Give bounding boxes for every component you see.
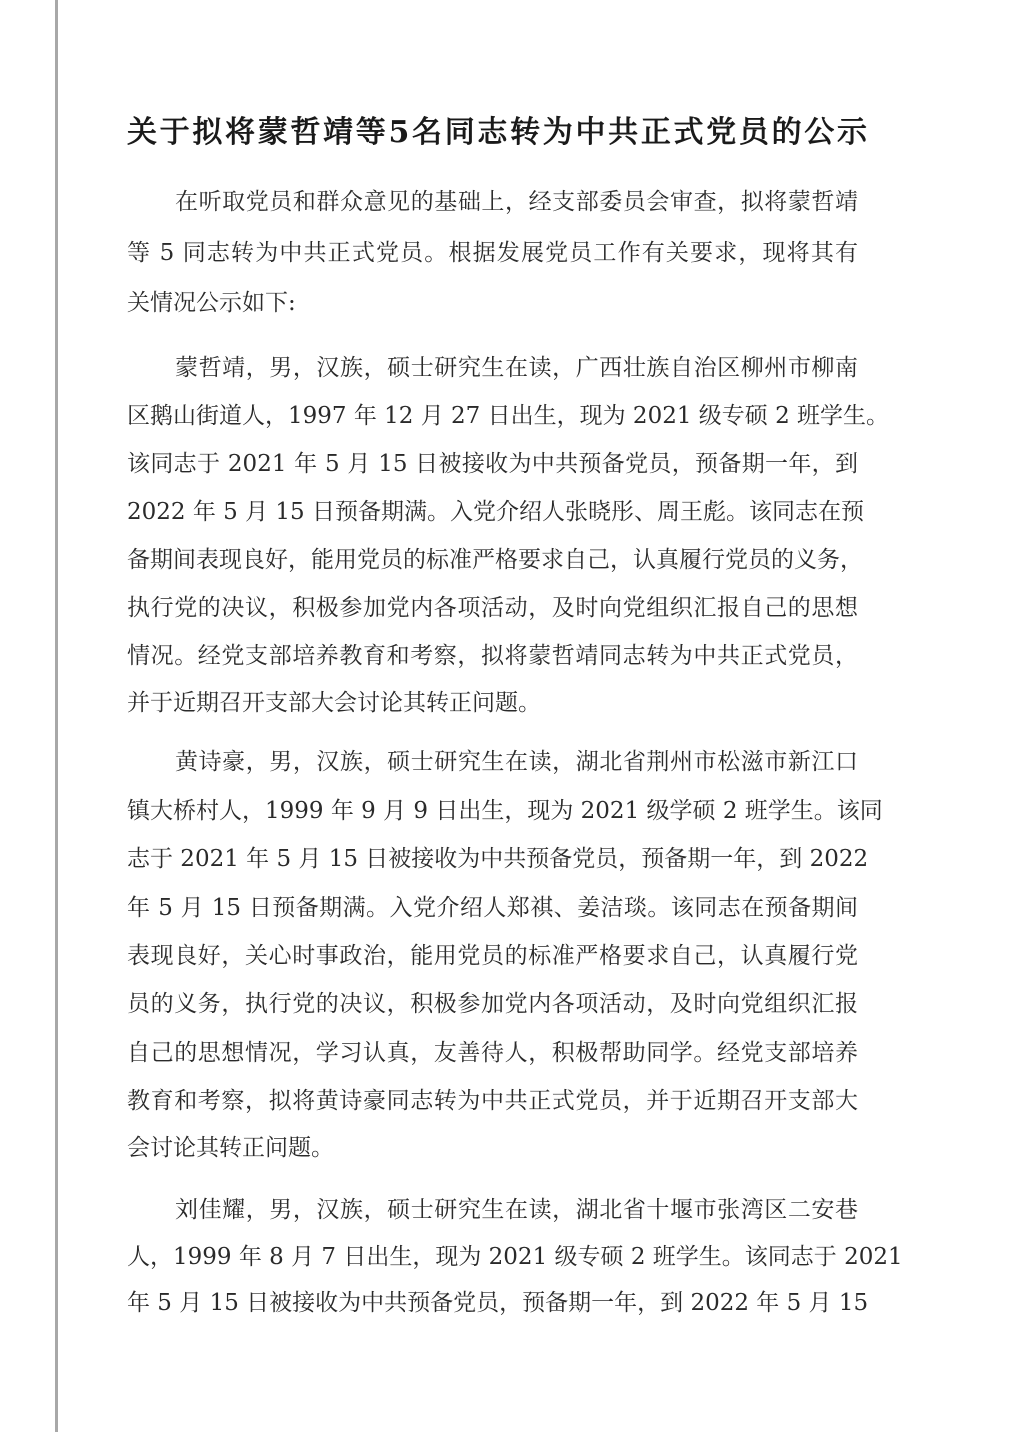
paragraph-huang-shihao-line: 志于 2021 年 5 月 15 日被接收为中共预备党员，预备期一年，到 202… bbox=[127, 842, 858, 876]
paragraph-liu-jiayao-line: 年 5 月 15 日被接收为中共预备党员，预备期一年，到 2022 年 5 月 … bbox=[127, 1286, 858, 1320]
paragraph-huang-shihao-line: 会讨论其转正问题。 bbox=[127, 1131, 858, 1165]
paragraph-meng-zhejing-line: 区鹅山街道人，1997 年 12 月 27 日出生，现为 2021 级专硕 2 … bbox=[127, 399, 858, 433]
paragraph-intro-line: 在听取党员和群众意见的基础上，经支部委员会审查，拟将蒙哲靖 bbox=[175, 185, 858, 219]
paragraph-huang-shihao-line: 年 5 月 15 日预备期满。入党介绍人郑祺、姜洁琰。该同志在预备期间 bbox=[127, 891, 858, 925]
paragraph-meng-zhejing-line: 情况。经党支部培养教育和考察，拟将蒙哲靖同志转为中共正式党员， bbox=[127, 639, 858, 673]
paragraph-meng-zhejing-line: 并于近期召开支部大会讨论其转正问题。 bbox=[127, 686, 858, 720]
document-title: 关于拟将蒙哲靖等5名同志转为中共正式党员的公示 bbox=[127, 111, 867, 155]
paragraph-huang-shihao-line: 自己的思想情况，学习认真，友善待人，积极帮助同学。经党支部培养 bbox=[127, 1036, 858, 1070]
paragraph-huang-shihao-line: 表现良好，关心时事政治，能用党员的标准严格要求自己，认真履行党 bbox=[127, 939, 858, 973]
paragraph-intro-line: 关情况公示如下: bbox=[127, 286, 858, 320]
document-page: 关于拟将蒙哲靖等5名同志转为中共正式党员的公示 在听取党员和群众意见的基础上，经… bbox=[0, 0, 1024, 1448]
paragraph-liu-jiayao-line: 刘佳耀，男，汉族，硕士研究生在读，湖北省十堰市张湾区二安巷 bbox=[175, 1193, 858, 1227]
paragraph-huang-shihao-line: 镇大桥村人，1999 年 9 月 9 日出生，现为 2021 级学硕 2 班学生… bbox=[127, 794, 858, 828]
paragraph-meng-zhejing-line: 该同志于 2021 年 5 月 15 日被接收为中共预备党员，预备期一年，到 bbox=[127, 447, 858, 481]
paragraph-huang-shihao-line: 教育和考察，拟将黄诗豪同志转为中共正式党员，并于近期召开支部大 bbox=[127, 1084, 858, 1118]
paragraph-liu-jiayao-line: 人，1999 年 8 月 7 日出生，现为 2021 级专硕 2 班学生。该同志… bbox=[127, 1240, 858, 1274]
paragraph-huang-shihao-line: 黄诗豪，男，汉族，硕士研究生在读，湖北省荆州市松滋市新江口 bbox=[175, 745, 858, 779]
paragraph-intro-line: 等 5 同志转为中共正式党员。根据发展党员工作有关要求，现将其有 bbox=[127, 236, 858, 270]
paragraph-meng-zhejing-line: 执行党的决议，积极参加党内各项活动，及时向党组织汇报自己的思想 bbox=[127, 591, 858, 625]
paragraph-meng-zhejing-line: 蒙哲靖，男，汉族，硕士研究生在读，广西壮族自治区柳州市柳南 bbox=[175, 351, 858, 385]
paragraph-huang-shihao-line: 员的义务，执行党的决议，积极参加党内各项活动，及时向党组织汇报 bbox=[127, 987, 858, 1021]
paragraph-meng-zhejing-line: 备期间表现良好，能用党员的标准严格要求自己，认真履行党员的义务， bbox=[127, 543, 858, 577]
paragraph-meng-zhejing-line: 2022 年 5 月 15 日预备期满。入党介绍人张晓彤、周王彪。该同志在预 bbox=[127, 495, 858, 529]
